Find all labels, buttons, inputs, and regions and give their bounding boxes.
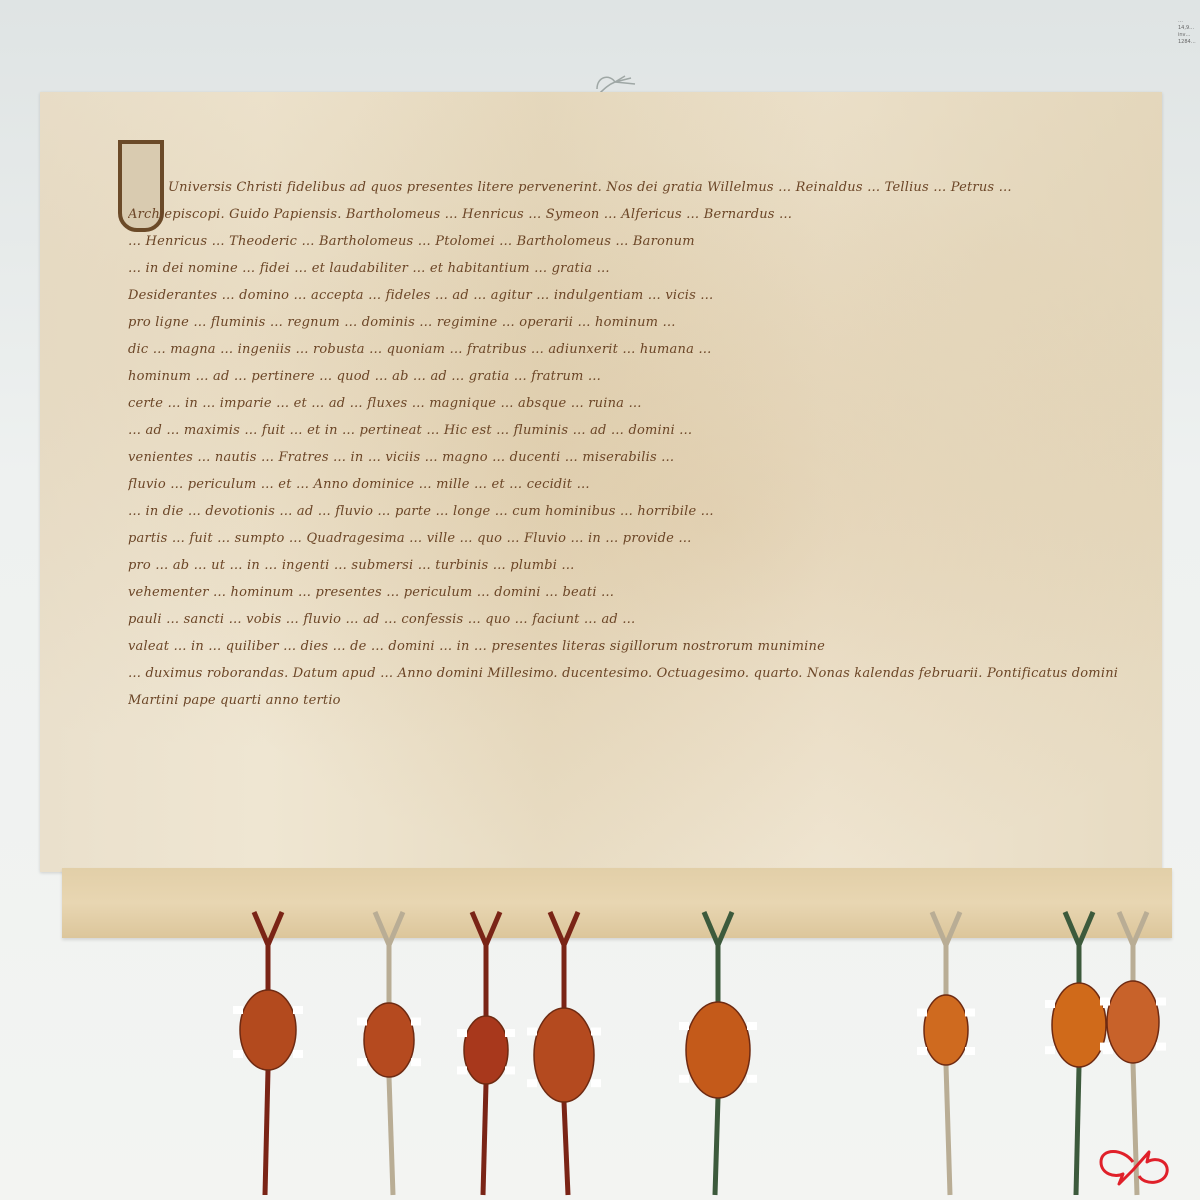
- seal-wax: [924, 995, 968, 1065]
- wax-seal: [233, 912, 303, 1195]
- wax-seal: [679, 912, 757, 1195]
- mounting-tab: [411, 1018, 421, 1026]
- text-line: Desiderantes … domino … accepta … fidele…: [128, 288, 1138, 315]
- mounting-tab: [917, 1047, 927, 1055]
- wax-seal: [917, 912, 975, 1195]
- mounting-tab: [679, 1075, 689, 1083]
- seal-cord-tail: [483, 1084, 486, 1195]
- mounting-tab: [1100, 998, 1110, 1006]
- mounting-tab: [357, 1018, 367, 1026]
- seal-cord-tail: [946, 1065, 950, 1195]
- mounting-tab: [747, 1075, 757, 1083]
- mounting-tab: [1045, 1000, 1055, 1008]
- text-line: valeat … in … quiliber … dies … de … dom…: [128, 639, 1138, 666]
- label-line: inv…: [1178, 32, 1200, 39]
- seal-wax: [240, 990, 296, 1070]
- mounting-tab: [505, 1066, 515, 1074]
- label-line: 1284…: [1178, 39, 1200, 46]
- mounting-tab: [1100, 1043, 1110, 1051]
- seal-wax: [686, 1002, 750, 1098]
- text-line: dic … magna … ingeniis … robusta … quoni…: [128, 342, 1138, 369]
- charter-text: Universis Christi fidelibus ad quos pres…: [128, 180, 1138, 720]
- mounting-tab: [233, 1006, 243, 1014]
- text-line: certe … in … imparie … et … ad … fluxes …: [128, 396, 1138, 423]
- wax-seal: [357, 912, 421, 1195]
- mounting-tab: [917, 1009, 927, 1017]
- text-line: pro ligne … fluminis … regnum … dominis …: [128, 315, 1138, 342]
- mounting-tab: [411, 1058, 421, 1066]
- seal-wax: [464, 1016, 508, 1084]
- text-line: Martini pape quarti anno tertio: [128, 693, 1138, 720]
- mounting-tab: [527, 1028, 537, 1036]
- text-line: … duximus roborandas. Datum apud … Anno …: [128, 666, 1138, 693]
- seal-wax: [1107, 981, 1159, 1063]
- mounting-tab: [527, 1079, 537, 1087]
- mounting-tab: [679, 1022, 689, 1030]
- mounting-tab: [965, 1009, 975, 1017]
- mounting-tab: [457, 1029, 467, 1037]
- text-line: … ad … maximis … fuit … et in … pertinea…: [128, 423, 1138, 450]
- text-line: fluvio … periculum … et … Anno dominice …: [128, 477, 1138, 504]
- museum-label-card: … 14,9… inv… 1284…: [1178, 18, 1200, 48]
- text-line: Universis Christi fidelibus ad quos pres…: [128, 180, 1138, 207]
- logo-icon: [1093, 1140, 1173, 1190]
- seal-cord-tail: [715, 1098, 718, 1195]
- seal-cord-tail: [1076, 1067, 1079, 1195]
- seal-cord-tail: [265, 1070, 268, 1195]
- mounting-tab: [457, 1066, 467, 1074]
- mounting-tab: [505, 1029, 515, 1037]
- seal-cord-tail: [389, 1077, 393, 1195]
- mounting-tab: [591, 1028, 601, 1036]
- text-line: pauli … sancti … vobis … fluvio … ad … c…: [128, 612, 1138, 639]
- text-line: … in die … devotionis … ad … fluvio … pa…: [128, 504, 1138, 531]
- mounting-tab: [1156, 998, 1166, 1006]
- wax-seal: [527, 912, 601, 1195]
- wax-seal: [457, 912, 515, 1195]
- text-line: partis … fuit … sumpto … Quadragesima … …: [128, 531, 1138, 558]
- mounting-tab: [1103, 1046, 1113, 1054]
- text-line: … Henricus … Theoderic … Bartholomeus … …: [128, 234, 1138, 261]
- mounting-tab: [1103, 1000, 1113, 1008]
- mounting-tab: [357, 1058, 367, 1066]
- text-line: venientes … nautis … Fratres … in … vici…: [128, 450, 1138, 477]
- seal-cord-tail: [564, 1102, 568, 1195]
- label-line: …: [1178, 18, 1200, 25]
- charter-plica: [62, 868, 1172, 938]
- mounting-tab: [1156, 1043, 1166, 1051]
- mounting-tab: [965, 1047, 975, 1055]
- seal-wax: [364, 1003, 414, 1077]
- text-line: pro … ab … ut … in … ingenti … submersi …: [128, 558, 1138, 585]
- mounting-tab: [591, 1079, 601, 1087]
- mounting-tab: [293, 1006, 303, 1014]
- seal-wax: [1052, 983, 1106, 1067]
- mounting-tab: [747, 1022, 757, 1030]
- text-line: hominum … ad … pertinere … quod … ab … a…: [128, 369, 1138, 396]
- mounting-tab: [1045, 1046, 1055, 1054]
- text-line: Archiepiscopi. Guido Papiensis. Bartholo…: [128, 207, 1138, 234]
- text-line: … in dei nomine … fidei … et laudabilite…: [128, 261, 1138, 288]
- mounting-tab: [233, 1050, 243, 1058]
- label-line: 14,9…: [1178, 25, 1200, 32]
- seal-wax: [534, 1008, 594, 1102]
- mounting-tab: [293, 1050, 303, 1058]
- text-line: vehementer … hominum … presentes … peric…: [128, 585, 1138, 612]
